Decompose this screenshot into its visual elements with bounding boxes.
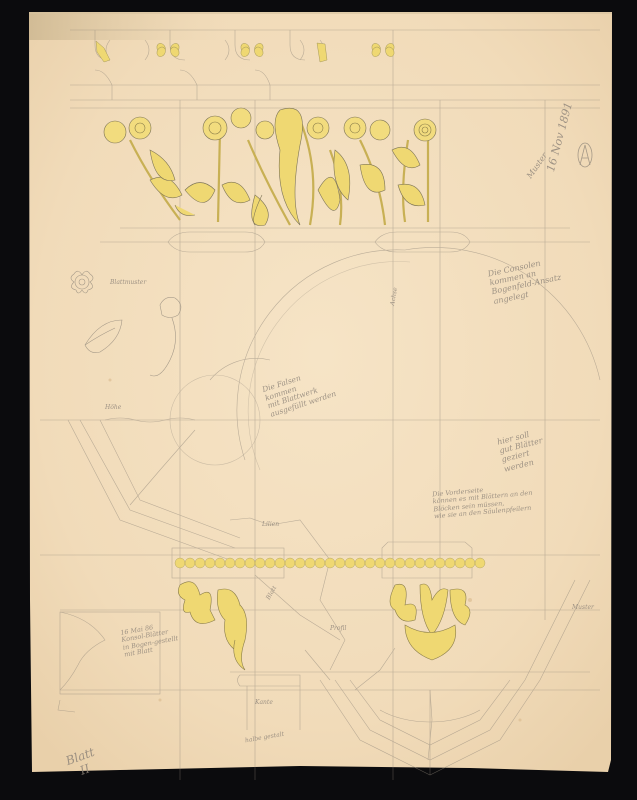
label-profile: Profil xyxy=(330,626,346,633)
artwork-canvas: 16 Nov 1891 Muster Die Consolen kommen a… xyxy=(0,0,637,800)
label-hoehe: Höhe xyxy=(105,405,121,412)
label-kante: Kante xyxy=(255,700,273,707)
label-sketch-flower: Blattmuster xyxy=(110,280,146,287)
label-muster-right: Muster xyxy=(572,605,594,612)
label-lilien: Lilien xyxy=(262,522,279,529)
beaded-molding xyxy=(175,558,485,568)
